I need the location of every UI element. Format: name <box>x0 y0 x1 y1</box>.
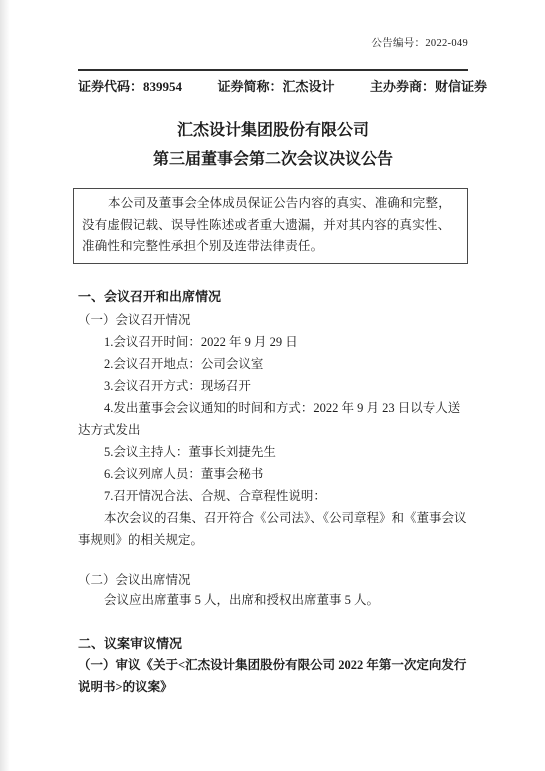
section-1-heading: 一、会议召开和出席情况 <box>78 289 468 305</box>
security-info-row: 证券代码：839954 证券简称：汇杰设计 主办券商：财信证券 <box>78 79 487 95</box>
announcement-title: 第三届董事会第二次会议决议公告 <box>78 150 468 170</box>
proposal-item-1: （一）审议《关于<汇杰设计集团股份有限公司 2022 年第一次定向发行说明书>的… <box>78 654 468 698</box>
meeting-detail-list: 1.会议召开时间：2022 年 9 月 29 日 2.会议召开地点：公司会议室 … <box>78 331 468 551</box>
item-meeting-host: 5.会议主持人：董事长刘捷先生 <box>78 441 468 463</box>
stock-code: 证券代码：839954 <box>78 79 182 95</box>
sponsor-broker: 主办券商：财信证券 <box>370 79 487 95</box>
item-meeting-time: 1.会议召开时间：2022 年 9 月 29 日 <box>78 331 468 353</box>
item-meeting-notice: 4.发出董事会会议通知的时间和方式：2022 年 9 月 23 日以专人送达方式… <box>78 397 468 441</box>
attendance-statement: 会议应出席董事 5 人，出席和授权出席董事 5 人。 <box>78 589 468 611</box>
subsection-1-1-heading: （一）会议召开情况 <box>78 312 468 328</box>
company-name-title: 汇杰设计集团股份有限公司 <box>78 121 468 141</box>
announcement-number: 公告编号：2022-049 <box>78 0 468 51</box>
header-divider-line <box>78 69 468 71</box>
stock-abbreviation: 证券简称：汇杰设计 <box>217 79 334 95</box>
legality-note: 本次会议的召集、召开符合《公司法》、《公司章程》和《董事会议事规则》的相关规定。 <box>78 507 468 551</box>
item-meeting-method: 3.会议召开方式：现场召开 <box>78 375 468 397</box>
item-meeting-place: 2.会议召开地点：公司会议室 <box>78 353 468 375</box>
document-content: 公告编号：2022-049 证券代码：839954 证券简称：汇杰设计 主办券商… <box>0 0 545 698</box>
item-legality-statement-label: 7.召开情况合法、合规、合章程性说明： <box>78 485 468 507</box>
disclaimer-text: 本公司及董事会全体成员保证公告内容的真实、准确和完整，没有虚假记载、误导性陈述或… <box>82 193 459 258</box>
section-2-heading: 二、议案审议情况 <box>78 636 468 652</box>
announcement-document-page: 公告编号：2022-049 证券代码：839954 证券简称：汇杰设计 主办券商… <box>0 0 545 771</box>
subsection-1-2-heading: （二）会议出席情况 <box>78 572 468 588</box>
item-meeting-observers: 6.会议列席人员：董事会秘书 <box>78 463 468 485</box>
disclaimer-box: 本公司及董事会全体成员保证公告内容的真实、准确和完整，没有虚假记载、误导性陈述或… <box>73 188 468 264</box>
document-title-block: 汇杰设计集团股份有限公司 第三届董事会第二次会议决议公告 <box>78 121 468 170</box>
